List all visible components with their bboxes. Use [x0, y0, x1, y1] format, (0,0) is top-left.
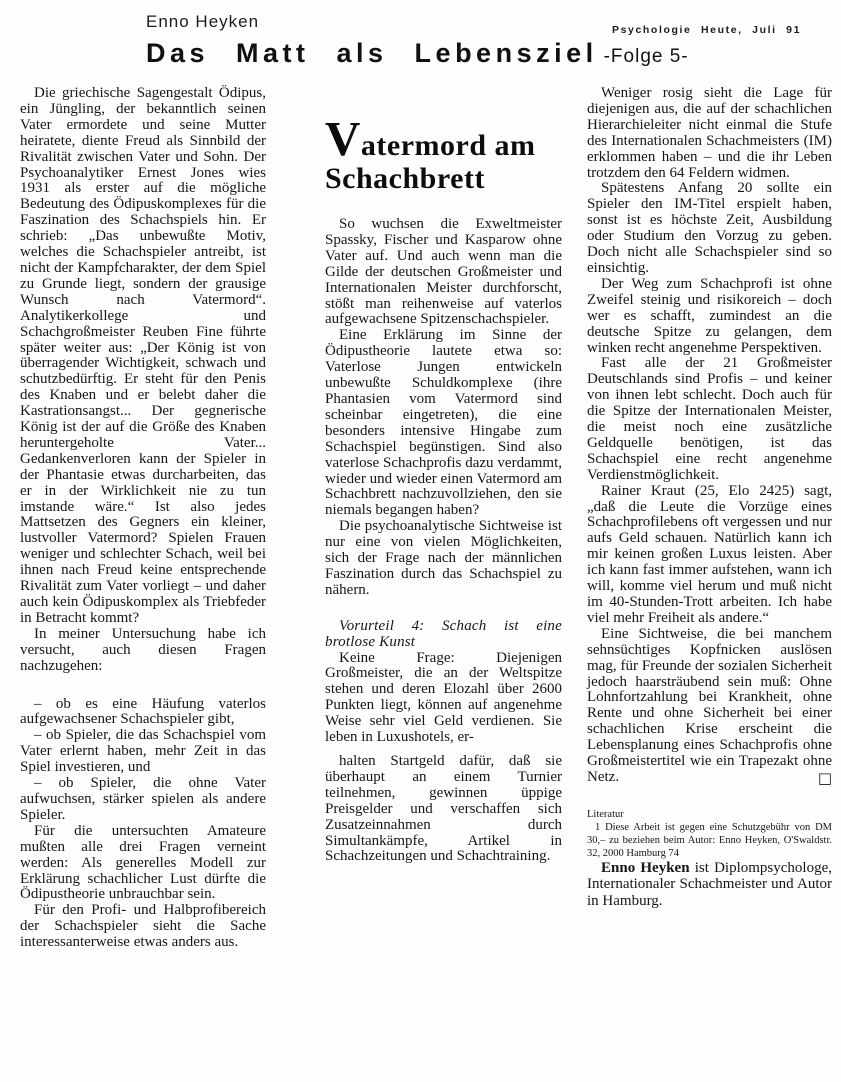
paragraph: Keine Frage: Diejenigen Großmeister, die…	[325, 651, 562, 746]
footnote-label: Literatur	[587, 808, 832, 821]
section-headline: Vatermord amSchachbrett	[325, 122, 562, 195]
paragraph: So wuchsen die Exweltmeister Spassky, Fi…	[325, 217, 562, 328]
paragraph: Für den Profi- und Halbprofibereich der …	[20, 903, 266, 951]
paragraph: Die psychoanalytische Sichtweise ist nur…	[325, 519, 562, 599]
paragraph-text: Eine Sichtweise, die bei manchem sehnsüc…	[587, 626, 832, 785]
paragraph: Für die untersuchten Amateure mußten all…	[20, 824, 266, 904]
bullet-item: – ob Spieler, die ohne Vater aufwuchsen,…	[20, 776, 266, 824]
magazine-page: Enno Heyken Psychologie Heute, Juli 91 D…	[0, 0, 841, 1082]
footnote-literatur: Literatur 1 Diese Arbeit ist gegen eine …	[587, 808, 832, 860]
drop-cap: V	[325, 111, 361, 166]
paragraph: In meiner Untersuchung habe ich versucht…	[20, 627, 266, 675]
author-bio: Enno Heyken ist Diplompsychologe, Intern…	[587, 860, 832, 910]
headline-rest: atermord am	[361, 129, 536, 162]
bullet-item: – ob Spieler, die das Schachspiel vom Va…	[20, 728, 266, 776]
paragraph: Eine Erklärung im Sinne der Ödipustheori…	[325, 328, 562, 519]
paragraph: Rainer Kraut (25, Elo 2425) sagt, „daß d…	[587, 484, 832, 627]
paragraph: Die griechische Sagengestalt Ödipus, ein…	[20, 86, 266, 627]
column-1: Die griechische Sagengestalt Ödipus, ein…	[20, 86, 266, 951]
bullet-item: – ob es eine Häufung vaterlos aufgewachs…	[20, 697, 266, 729]
publication-credit: Psychologie Heute, Juli 91	[612, 24, 801, 36]
author-byline: Enno Heyken	[146, 12, 259, 32]
article-title: Das Matt als Lebensziel	[146, 38, 598, 68]
author-bio-name: Enno Heyken	[601, 860, 690, 876]
paragraph: Spätestens Anfang 20 sollte ein Spieler …	[587, 181, 832, 276]
column-3: Weniger rosig sieht die Lage für diejeni…	[587, 86, 832, 909]
footnote-text: 1 Diese Arbeit ist gegen eine Schutzgebü…	[587, 821, 832, 860]
article-series-label: -Folge 5-	[604, 46, 689, 67]
paragraph: Eine Sichtweise, die bei manchem sehnsüc…	[587, 627, 832, 786]
end-of-article-marker: □	[804, 771, 832, 786]
article-title-row: Das Matt als Lebensziel-Folge 5-	[146, 38, 689, 69]
paragraph: Fast alle der 21 Großmeister Deutschland…	[587, 356, 832, 483]
paragraph: halten Startgeld dafür, daß sie überhaup…	[325, 754, 562, 865]
paragraph: Weniger rosig sieht die Lage für diejeni…	[587, 86, 832, 181]
paragraph: Der Weg zum Schachprofi ist ohne Zweifel…	[587, 277, 832, 357]
headline-line2: Schachbrett	[325, 162, 485, 195]
subheadline-vorurteil-4: Vorurteil 4: Schach ist eine brotlose Ku…	[325, 619, 562, 651]
column-2: Vatermord amSchachbrett So wuchsen die E…	[325, 122, 562, 865]
